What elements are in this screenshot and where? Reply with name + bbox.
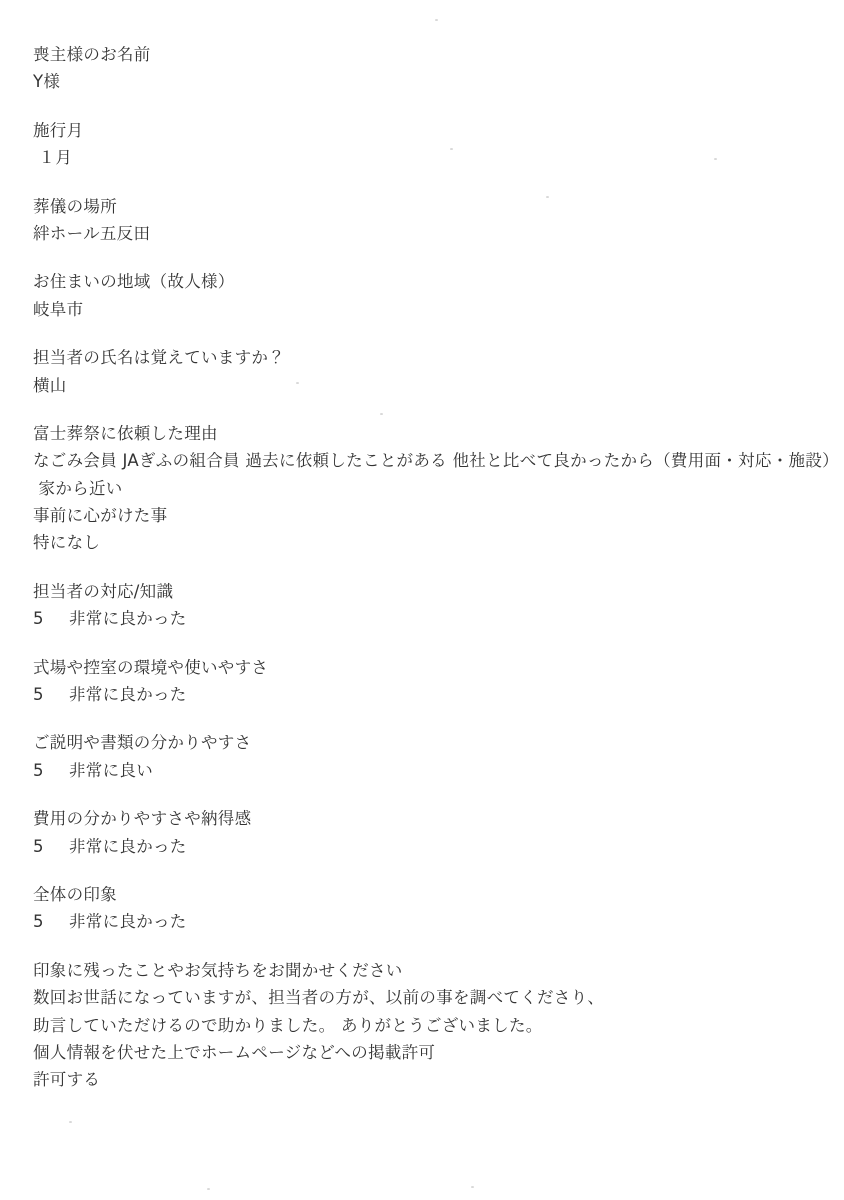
question-label: 葬儀の場所	[33, 193, 833, 220]
qa-section: 個人情報を伏せた上でホームページなどへの掲載許可許可する	[33, 1039, 833, 1094]
scan-speck	[69, 1121, 72, 1123]
question-label: ご説明や書類の分かりやすさ	[33, 729, 833, 756]
qa-section: 印象に残ったことやお気持ちをお聞かせください数回お世話になっていますが、担当者の…	[33, 957, 833, 1039]
scan-speck	[296, 382, 299, 384]
scan-speck	[546, 196, 549, 198]
question-label: 担当者の氏名は覚えていますか？	[33, 344, 833, 371]
rating-label: 非常に良かった	[69, 912, 187, 931]
question-label: 印象に残ったことやお気持ちをお聞かせください	[33, 957, 833, 984]
scan-speck	[714, 158, 717, 160]
rating-score: 5	[33, 908, 69, 935]
answer-line: 助言していただけるので助かりました。 ありがとうございました。	[33, 1012, 833, 1039]
answer-line: 許可する	[33, 1066, 833, 1093]
qa-section: ご説明や書類の分かりやすさ5非常に良い	[33, 729, 833, 784]
qa-section: 喪主様のお名前Y様	[33, 41, 833, 96]
rating-answer: 5非常に良かった	[33, 681, 833, 708]
qa-section: 担当者の対応/知識5非常に良かった	[33, 578, 833, 633]
question-label: お住まいの地域（故人様）	[33, 268, 833, 295]
rating-score: 5	[33, 681, 69, 708]
rating-score: 5	[33, 605, 69, 632]
qa-section: お住まいの地域（故人様）岐阜市	[33, 268, 833, 323]
qa-section: 全体の印象5非常に良かった	[33, 881, 833, 936]
rating-answer: 5非常に良い	[33, 757, 833, 784]
qa-section: 費用の分かりやすさや納得感5非常に良かった	[33, 805, 833, 860]
question-label: 全体の印象	[33, 881, 833, 908]
answer-line: 数回お世話になっていますが、担当者の方が、以前の事を調べてくださり、	[33, 984, 833, 1011]
answer-line: １月	[33, 144, 833, 171]
qa-section: 葬儀の場所絆ホール五反田	[33, 193, 833, 248]
question-label: 担当者の対応/知識	[33, 578, 833, 605]
answer-line: 家から近い	[33, 475, 833, 502]
rating-label: 非常に良い	[69, 761, 153, 780]
rating-label: 非常に良かった	[69, 837, 187, 856]
answer-line: 岐阜市	[33, 296, 833, 323]
scan-speck	[435, 19, 438, 21]
answer-line: 絆ホール五反田	[33, 220, 833, 247]
qa-section: 施行月 １月	[33, 117, 833, 172]
rating-answer: 5非常に良かった	[33, 833, 833, 860]
answer-line: 特になし	[33, 529, 833, 556]
question-label: 費用の分かりやすさや納得感	[33, 805, 833, 832]
question-label: 事前に心がけた事	[33, 502, 833, 529]
qa-section: 富士葬祭に依頼した理由なごみ会員 JAぎふの組合員 過去に依頼したことがある 他…	[33, 420, 833, 502]
question-label: 富士葬祭に依頼した理由	[33, 420, 833, 447]
question-label: 式場や控室の環境や使いやすさ	[33, 654, 833, 681]
qa-section: 式場や控室の環境や使いやすさ5非常に良かった	[33, 654, 833, 709]
qa-section: 担当者の氏名は覚えていますか？横山	[33, 344, 833, 399]
answer-line: Y様	[33, 68, 833, 95]
qa-section: 事前に心がけた事特になし	[33, 502, 833, 557]
rating-score: 5	[33, 757, 69, 784]
answer-line: なごみ会員 JAぎふの組合員 過去に依頼したことがある 他社と比べて良かったから…	[33, 447, 833, 474]
question-label: 個人情報を伏せた上でホームページなどへの掲載許可	[33, 1039, 833, 1066]
scanned-survey-document: 喪主様のお名前Y様施行月 １月葬儀の場所絆ホール五反田お住まいの地域（故人様）岐…	[0, 0, 844, 1200]
scan-speck	[380, 413, 383, 415]
scan-speck	[471, 1186, 474, 1188]
answer-line: 横山	[33, 372, 833, 399]
rating-label: 非常に良かった	[69, 685, 187, 704]
document-body: 喪主様のお名前Y様施行月 １月葬儀の場所絆ホール五反田お住まいの地域（故人様）岐…	[33, 41, 833, 1094]
scan-speck	[207, 1188, 210, 1190]
rating-answer: 5非常に良かった	[33, 908, 833, 935]
question-label: 喪主様のお名前	[33, 41, 833, 68]
rating-score: 5	[33, 833, 69, 860]
question-label: 施行月	[33, 117, 833, 144]
rating-label: 非常に良かった	[69, 609, 187, 628]
rating-answer: 5非常に良かった	[33, 605, 833, 632]
scan-speck	[450, 148, 453, 150]
